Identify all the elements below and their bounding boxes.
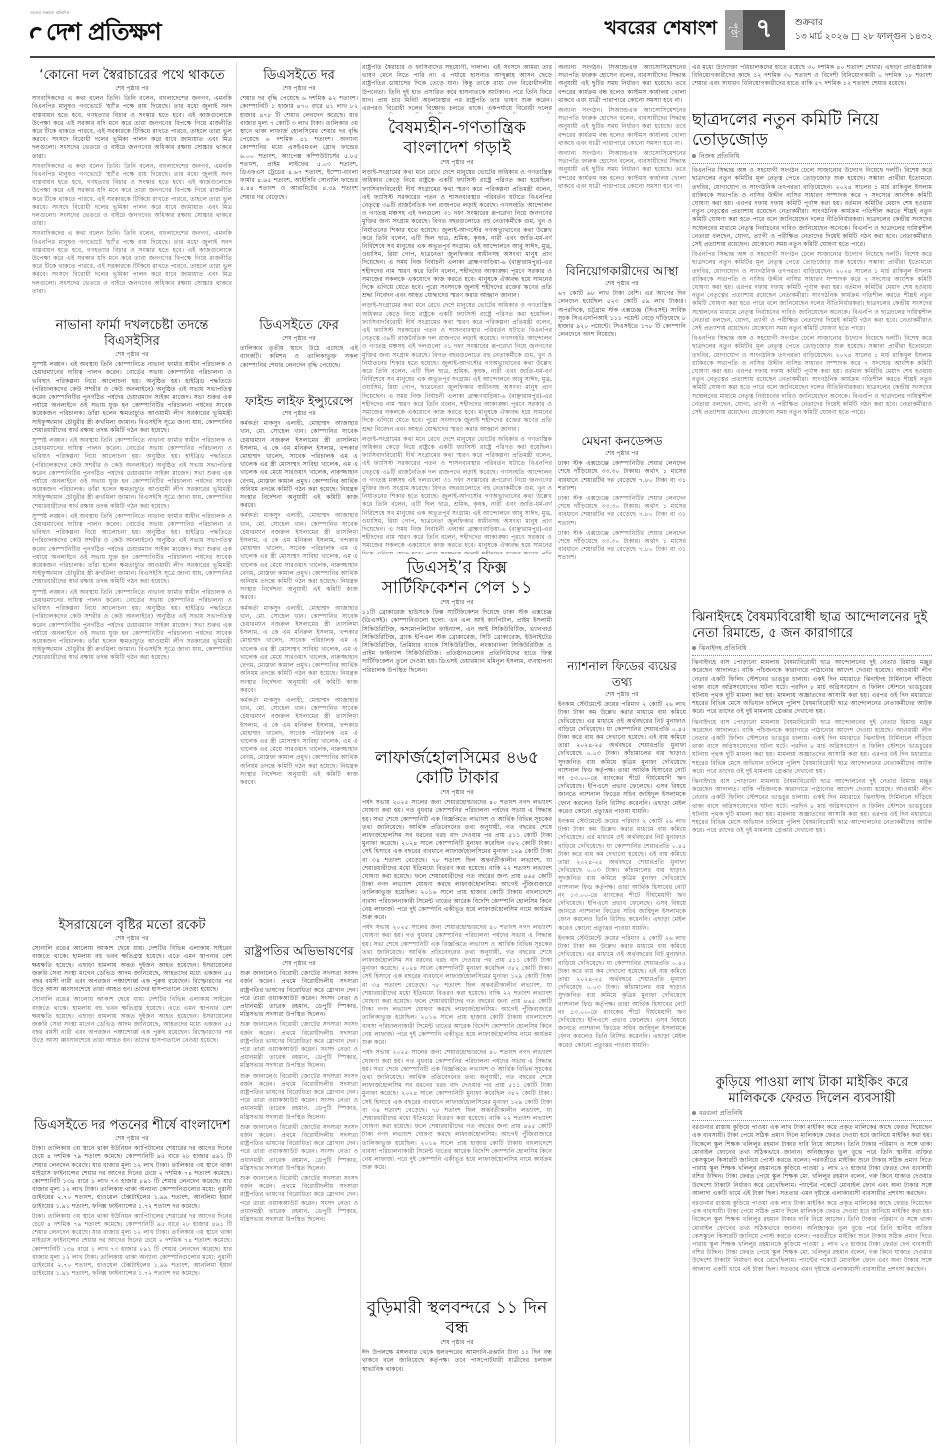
article-body: পর্ষদ সভায় ২০২৫ সালের জন্য শেয়ারহোল্ডা… <box>362 1049 552 1172</box>
byline: বরগুনা প্রতিনিধি <box>692 1109 932 1117</box>
article-body: অন্যান্য সংগঠন। সিঅ্যান্ডএফ অ্যাসোসিয়েশ… <box>558 150 686 191</box>
date: ১৩ মার্চ ২০২৬ □ ২৮ ফাল্গুন ১৪৩২ <box>795 30 935 44</box>
column-3: রাষ্ট্রপতি স্বৈরাচার ও ফাসিবাদের সহযোগী,… <box>362 64 552 1444</box>
article: কুড়িয়ে পাওয়া লাখ টাকা মাইকিং করে মালি… <box>692 1071 932 1441</box>
section-title: খবরের শেষাংশ <box>604 14 717 46</box>
bullet-icon <box>692 646 696 650</box>
article-body: লড়াই-সংগ্রামের কথা মনে রেখে দেশে মানুষে… <box>362 302 552 433</box>
article-body: ইনকাম স্টেটমেন্টে ক্রয়ের পরিমাণ ২ কোটি … <box>558 701 686 816</box>
article-body: বিএনপির সিদ্ধান্ত অঙ্গ ও সহযোগী সংগঠন ঢে… <box>692 167 932 249</box>
article-body: কর্মকর্তা মাকসুদ এলাহী, মোহাম্মদ আজাহার … <box>240 420 358 510</box>
article-body: সুস্পষ্ট লঙ্ঘন। এই অবস্থায় তিনি কোম্পান… <box>32 437 232 511</box>
continued-label: শেষ পৃষ্ঠার পর <box>362 599 552 607</box>
column-divider <box>236 62 237 1444</box>
article-body: অন্যান্য সংগঠন। সিঅ্যান্ডএফ অ্যাসোসিয়েশ… <box>558 107 686 148</box>
article: ডিএসইতে দর পতনের শীর্ষে বাংলাদেশ শেষ পৃষ… <box>32 1114 232 1434</box>
article-body: বরগুনার রাস্তায় কুড়িয়ে পাওয়া এক লাখ … <box>692 1200 932 1274</box>
article-headline[interactable]: ডিএসইতে দর পতনের শীর্ষে বাংলাদেশ <box>32 1118 232 1134</box>
article: ফাইন্ড লাইফ ইন্স্যুরেন্সে শেষ পৃষ্ঠার পর… <box>240 389 358 939</box>
article: ন্যাশনাল ফিডের ব্যয়ের তথ্য শেষ পৃষ্ঠার … <box>558 654 686 1434</box>
article: রাষ্ট্রপতি স্বৈরাচার ও ফাসিবাদের সহযোগী,… <box>362 64 552 114</box>
continued-label: শেষ পৃষ্ঠার পর <box>32 85 232 93</box>
divider <box>692 655 932 656</box>
article-body: ৬৭ কোটি ৯৮ লাখ টাকা বেশি। এর আগের দিন লে… <box>558 290 686 339</box>
article-body: ঝিনাইদহে বাস পোড়ানো মামলায় বৈষম্যবিরোধ… <box>692 778 932 835</box>
article-body: ঈদ উপলক্ষে মঙ্গলবার থেকে স্থলবন্দরের আমদ… <box>362 1349 552 1374</box>
article: ঝিনাইদহে বৈষম্যবিরোধী ছাত্র আন্দোলনের দু… <box>692 606 932 1071</box>
article-headline[interactable]: ‘কোনো দল স্বৈরাচারের পথে থাকতে <box>32 68 232 84</box>
article-body: শুরু জানালেও বিরোধী জোটের সদস্যরা সংসদ ব… <box>240 1175 358 1224</box>
article-headline[interactable]: ইসরায়েলে বৃষ্টির মতো রকেট <box>32 918 232 934</box>
article-body: শেয়ার দর বৃদ্ধি পেয়েছে ৬ দশমিক ৯২ শতাং… <box>240 95 358 202</box>
continued-label: শেষ পৃষ্ঠার পর <box>362 1339 552 1347</box>
article-body: ঢাকা স্টক এক্সচেঞ্জে কোম্পানিটির শেয়ার … <box>558 530 686 563</box>
article: বিনিয়োগকারীদের আস্থা শেষ পৃষ্ঠার পর ৬৭ … <box>558 259 686 429</box>
continued-label: শেষ পৃষ্ঠার পর <box>362 789 552 797</box>
article-headline[interactable]: বিনিয়োগকারীদের আস্থা <box>558 263 686 279</box>
article-headline[interactable]: ন্যাশনাল ফিডের ব্যয়ের তথ্য <box>558 658 686 690</box>
article-headline[interactable]: ছাত্রদলের নতুন কমিটি নিয়ে তোড়জোড় <box>692 110 932 150</box>
article: ডিএসইতে দর শেষ পৃষ্ঠার পর শেয়ার দর বৃদ্… <box>240 64 358 314</box>
page-label: পৃষ্ঠা <box>725 10 743 50</box>
article-body: ঝিনাইদহে বাস পোড়ানো মামলায় বৈষম্যবিরোধ… <box>692 659 932 716</box>
continued-label: শেষ পৃষ্ঠার পর <box>32 935 232 943</box>
article-body: টাকা। তালিকায় ৩য় স্থানে থাকা ইউনিয়ন ক… <box>32 1213 232 1279</box>
masthead-rule <box>30 56 935 58</box>
article-body: বরগুনার রাস্তায় কুড়িয়ে পাওয়া এক লাখ … <box>692 1124 932 1198</box>
tagline: সত্যের সন্ধানে প্রতিদিন <box>30 10 161 17</box>
article-body: পর্ষদ সভায় ২০২৫ সালের জন্য শেয়ারহোল্ডা… <box>362 799 552 922</box>
continued-label: শেষ পৃষ্ঠার পর <box>240 85 358 93</box>
article-body: ১১টি ব্রোকারেজ হাউসকে ফিক্স সার্টিফিকেশন… <box>362 609 552 675</box>
article: রাষ্ট্রপতির অভিভাষণের শেষ পৃষ্ঠার পর শুর… <box>240 939 358 1439</box>
article-body: ঢাকা স্টক এক্সচেঞ্জে কোম্পানিটির শেয়ার … <box>558 495 686 528</box>
article-body: শুরু জানালেও বিরোধী জোটের সদস্যরা সংসদ ব… <box>240 970 358 1019</box>
article-body: ইনকাম স্টেটমেন্টে ক্রয়ের পরিমাণ ২ কোটি … <box>558 818 686 933</box>
article: ইসরায়েলে বৃষ্টির মতো রকেট শেষ পৃষ্ঠার প… <box>32 914 232 1114</box>
page-number: ৭ <box>743 10 785 50</box>
article-body: কর্মকর্তা মাকসুদ এলাহী, মোহাম্মদ আজাহার … <box>240 697 358 787</box>
column-divider <box>360 62 361 1444</box>
article-body: সুস্পষ্ট লঙ্ঘন। এই অবস্থায় তিনি কোম্পান… <box>32 589 232 663</box>
article-body: সোনালি রঙের আলোয় আকাশ ছেয়ে যায়। দেশটি… <box>32 945 232 994</box>
article: লাফার্জহোলসিমের ৪৬৫ কোটি টাকার শেষ পৃষ্ঠ… <box>362 744 552 1294</box>
bullet-icon <box>692 1111 696 1115</box>
continued-label: শেষ পৃষ্ঠার পর <box>362 159 552 167</box>
article-body: বিএনপির সিদ্ধান্ত অঙ্গ ও সহযোগী সংগঠন ঢে… <box>692 335 932 417</box>
day: শুক্রবার <box>795 16 935 30</box>
column-5: এর মধ্যে উদ্যোক্তা পরিচালকদের হাতে রয়েছ… <box>692 64 932 1444</box>
article-body: কর্মকর্তা মাকসুদ এলাহী, মোহাম্মদ আজাহার … <box>240 605 358 695</box>
article-body: ঢাকা স্টক এক্সচেঞ্জে কোম্পানিটির শেয়ার … <box>558 460 686 493</box>
article-headline[interactable]: ঝিনাইদহে বৈষম্যবিরোধী ছাত্র আন্দোলনের দু… <box>692 610 932 642</box>
article-body: কর্মকর্তা মাকসুদ এলাহী, মোহাম্মদ আজাহার … <box>240 512 358 602</box>
article-body: সুস্পষ্ট লঙ্ঘন। এই অবস্থায় তিনি কোম্পান… <box>32 361 232 435</box>
article: ছাত্রদলের নতুন কমিটি নিয়ে তোড়জোড় নিজস… <box>692 106 932 606</box>
article-body: লড়াই-সংগ্রামের কথা মনে রেখে দেশে মানুষে… <box>362 436 552 554</box>
article-body: সাংবাদিকদের এ কথা বলেন তিনি। তিনি বলেন, … <box>32 163 232 229</box>
article-body: অন্যান্য সংগঠন। সিঅ্যান্ডএফ অ্যাসোসিয়েশ… <box>558 64 686 105</box>
masthead-brand: সত্যের সন্ধানে প্রতিদিন দেশ প্রতিক্ষণ <box>30 10 161 47</box>
article-body: শুরু জানালেও বিরোধী জোটের সদস্যরা সংসদ ব… <box>240 1073 358 1122</box>
logo-text: দেশ প্রতিক্ষণ <box>46 17 161 46</box>
article: ডিএসই’র ফিক্স সার্টিফিকেশন পেল ১১ শেষ পৃ… <box>362 554 552 744</box>
byline: নিজস্ব প্রতিনিধি <box>692 152 932 160</box>
continued-label: শেষ পৃষ্ঠার পর <box>240 960 358 968</box>
article-headline[interactable]: ফাইন্ড লাইফ ইন্স্যুরেন্সে <box>240 393 358 409</box>
article-body: শুরু জানালেও বিরোধী জোটের সদস্যরা সংসদ ব… <box>240 1124 358 1173</box>
column-divider <box>689 62 690 1444</box>
article: নাভানা ফার্মা দখলচেষ্টা তদন্তে বিএসইসির … <box>32 314 232 914</box>
column-4: অন্যান্য সংগঠন। সিঅ্যান্ডএফ অ্যাসোসিয়েশ… <box>558 64 686 1444</box>
newspaper-logo[interactable]: দেশ প্রতিক্ষণ <box>30 17 161 47</box>
article-headline[interactable]: মেঘনা কনডেন্সড <box>558 433 686 449</box>
article-headline[interactable]: কুড়িয়ে পাওয়া লাখ টাকা মাইকিং করে মালি… <box>692 1075 932 1107</box>
continued-label: শেষ পৃষ্ঠার পর <box>240 335 358 343</box>
continued-label: শেষ পৃষ্ঠার পর <box>32 351 232 359</box>
bullet-icon <box>692 154 696 158</box>
article-body: লড়াই-সংগ্রামের কথা মনে রেখে দেশে মানুষে… <box>362 169 552 300</box>
article: ‘কোনো দল স্বৈরাচারের পথে থাকতে শেষ পৃষ্ঠ… <box>32 64 232 314</box>
article-headline[interactable]: ডিএসইতে দর <box>240 68 358 84</box>
article: বৈষম্যহীন-গণতান্ত্রিক বাংলাদেশ গড়াই শেষ… <box>362 114 552 554</box>
article-body: এর মধ্যে উদ্যোক্তা পরিচালকদের হাতে রয়েছ… <box>692 64 932 89</box>
continued-label: শেষ পৃষ্ঠার পর <box>558 280 686 288</box>
article-headline[interactable]: বুড়িমারী স্থলবন্দরে ১১ দিন বন্ধ <box>362 1298 552 1338</box>
article-headline[interactable]: লাফার্জহোলসিমের ৪৬৫ কোটি টাকার <box>362 748 552 788</box>
page-header: খবরের শেষাংশ পৃষ্ঠা ৭ শুক্রবার ১৩ মার্চ … <box>604 10 935 50</box>
article-body: সোনালি রঙের আলোয় আকাশ ছেয়ে যায়। দেশটি… <box>32 996 232 1045</box>
continued-label: শেষ পৃষ্ঠার পর <box>558 450 686 458</box>
divider <box>692 1120 932 1121</box>
masthead: সত্যের সন্ধানে প্রতিদিন দেশ প্রতিক্ষণ খব… <box>0 0 945 66</box>
article-body: বিএনপির সিদ্ধান্ত অঙ্গ ও সহযোগী সংগঠন ঢে… <box>692 251 932 333</box>
date-block: শুক্রবার ১৩ মার্চ ২০২৬ □ ২৮ ফাল্গুন ১৪৩২ <box>795 16 935 44</box>
article: অন্যান্য সংগঠন। সিঅ্যান্ডএফ অ্যাসোসিয়েশ… <box>558 64 686 259</box>
byline: ঝিনাইদহ প্রতিনিধি <box>692 644 932 652</box>
article: ডিএসইতে ফের শেষ পৃষ্ঠার পর তালিকার তৃতীয… <box>240 314 358 389</box>
logo-swoosh-icon <box>30 27 44 41</box>
article-headline[interactable]: বৈষম্যহীন-গণতান্ত্রিক বাংলাদেশ গড়াই <box>362 118 552 158</box>
article-body: ইনকাম স্টেটমেন্টে ক্রয়ের পরিমাণ ২ কোটি … <box>558 935 686 1050</box>
article-body: পর্ষদ সভায় ২০২৫ সালের জন্য শেয়ারহোল্ডা… <box>362 924 552 1047</box>
continued-label: শেষ পৃষ্ঠার পর <box>32 1135 232 1143</box>
article-headline[interactable]: ডিএসই’র ফিক্স সার্টিফিকেশন পেল ১১ <box>362 558 552 598</box>
article: এর মধ্যে উদ্যোক্তা পরিচালকদের হাতে রয়েছ… <box>692 64 932 106</box>
article-body: টাকা। তালিকায় ৩য় স্থানে থাকা ইউনিয়ন ক… <box>32 1145 232 1211</box>
article-body: সুস্পষ্ট লঙ্ঘন। এই অবস্থায় তিনি কোম্পান… <box>32 513 232 587</box>
column-divider <box>555 62 556 1444</box>
article-headline[interactable]: ডিএসইতে ফের <box>240 318 358 334</box>
article-body: রাষ্ট্রপতি স্বৈরাচার ও ফাসিবাদের সহযোগী,… <box>362 64 552 114</box>
article-body: শুরু জানালেও বিরোধী জোটের সদস্যরা সংসদ ব… <box>240 1021 358 1070</box>
article-headline[interactable]: নাভানা ফার্মা দখলচেষ্টা তদন্তে বিএসইসির <box>32 318 232 350</box>
article-body: তালিকার তৃতীয় স্থানে উঠে এসেছে এই ব্যাং… <box>240 345 358 370</box>
article: মেঘনা কনডেন্সড শেষ পৃষ্ঠার পর ঢাকা স্টক … <box>558 429 686 654</box>
article-headline[interactable]: রাষ্ট্রপতির অভিভাষণের <box>240 943 358 959</box>
column-2: ডিএসইতে দর শেষ পৃষ্ঠার পর শেয়ার দর বৃদ্… <box>240 64 358 1444</box>
article-body: সাংবাদিকদের এ কথা বলেন তিনি। তিনি বলেন, … <box>32 230 232 296</box>
article-body: ঝিনাইদহে বাস পোড়ানো মামলায় বৈষম্যবিরোধ… <box>692 719 932 776</box>
column-1: ‘কোনো দল স্বৈরাচারের পথে থাকতে শেষ পৃষ্ঠ… <box>32 64 232 1444</box>
article: বুড়িমারী স্থলবন্দরে ১১ দিন বন্ধ শেষ পৃষ… <box>362 1294 552 1444</box>
continued-label: শেষ পৃষ্ঠার পর <box>558 691 686 699</box>
article-body: সাংবাদিকদের এ কথা বলেন তিনি। তিনি বলেন, … <box>32 95 232 161</box>
continued-label: শেষ পৃষ্ঠার পর <box>240 410 358 418</box>
divider <box>692 163 932 164</box>
